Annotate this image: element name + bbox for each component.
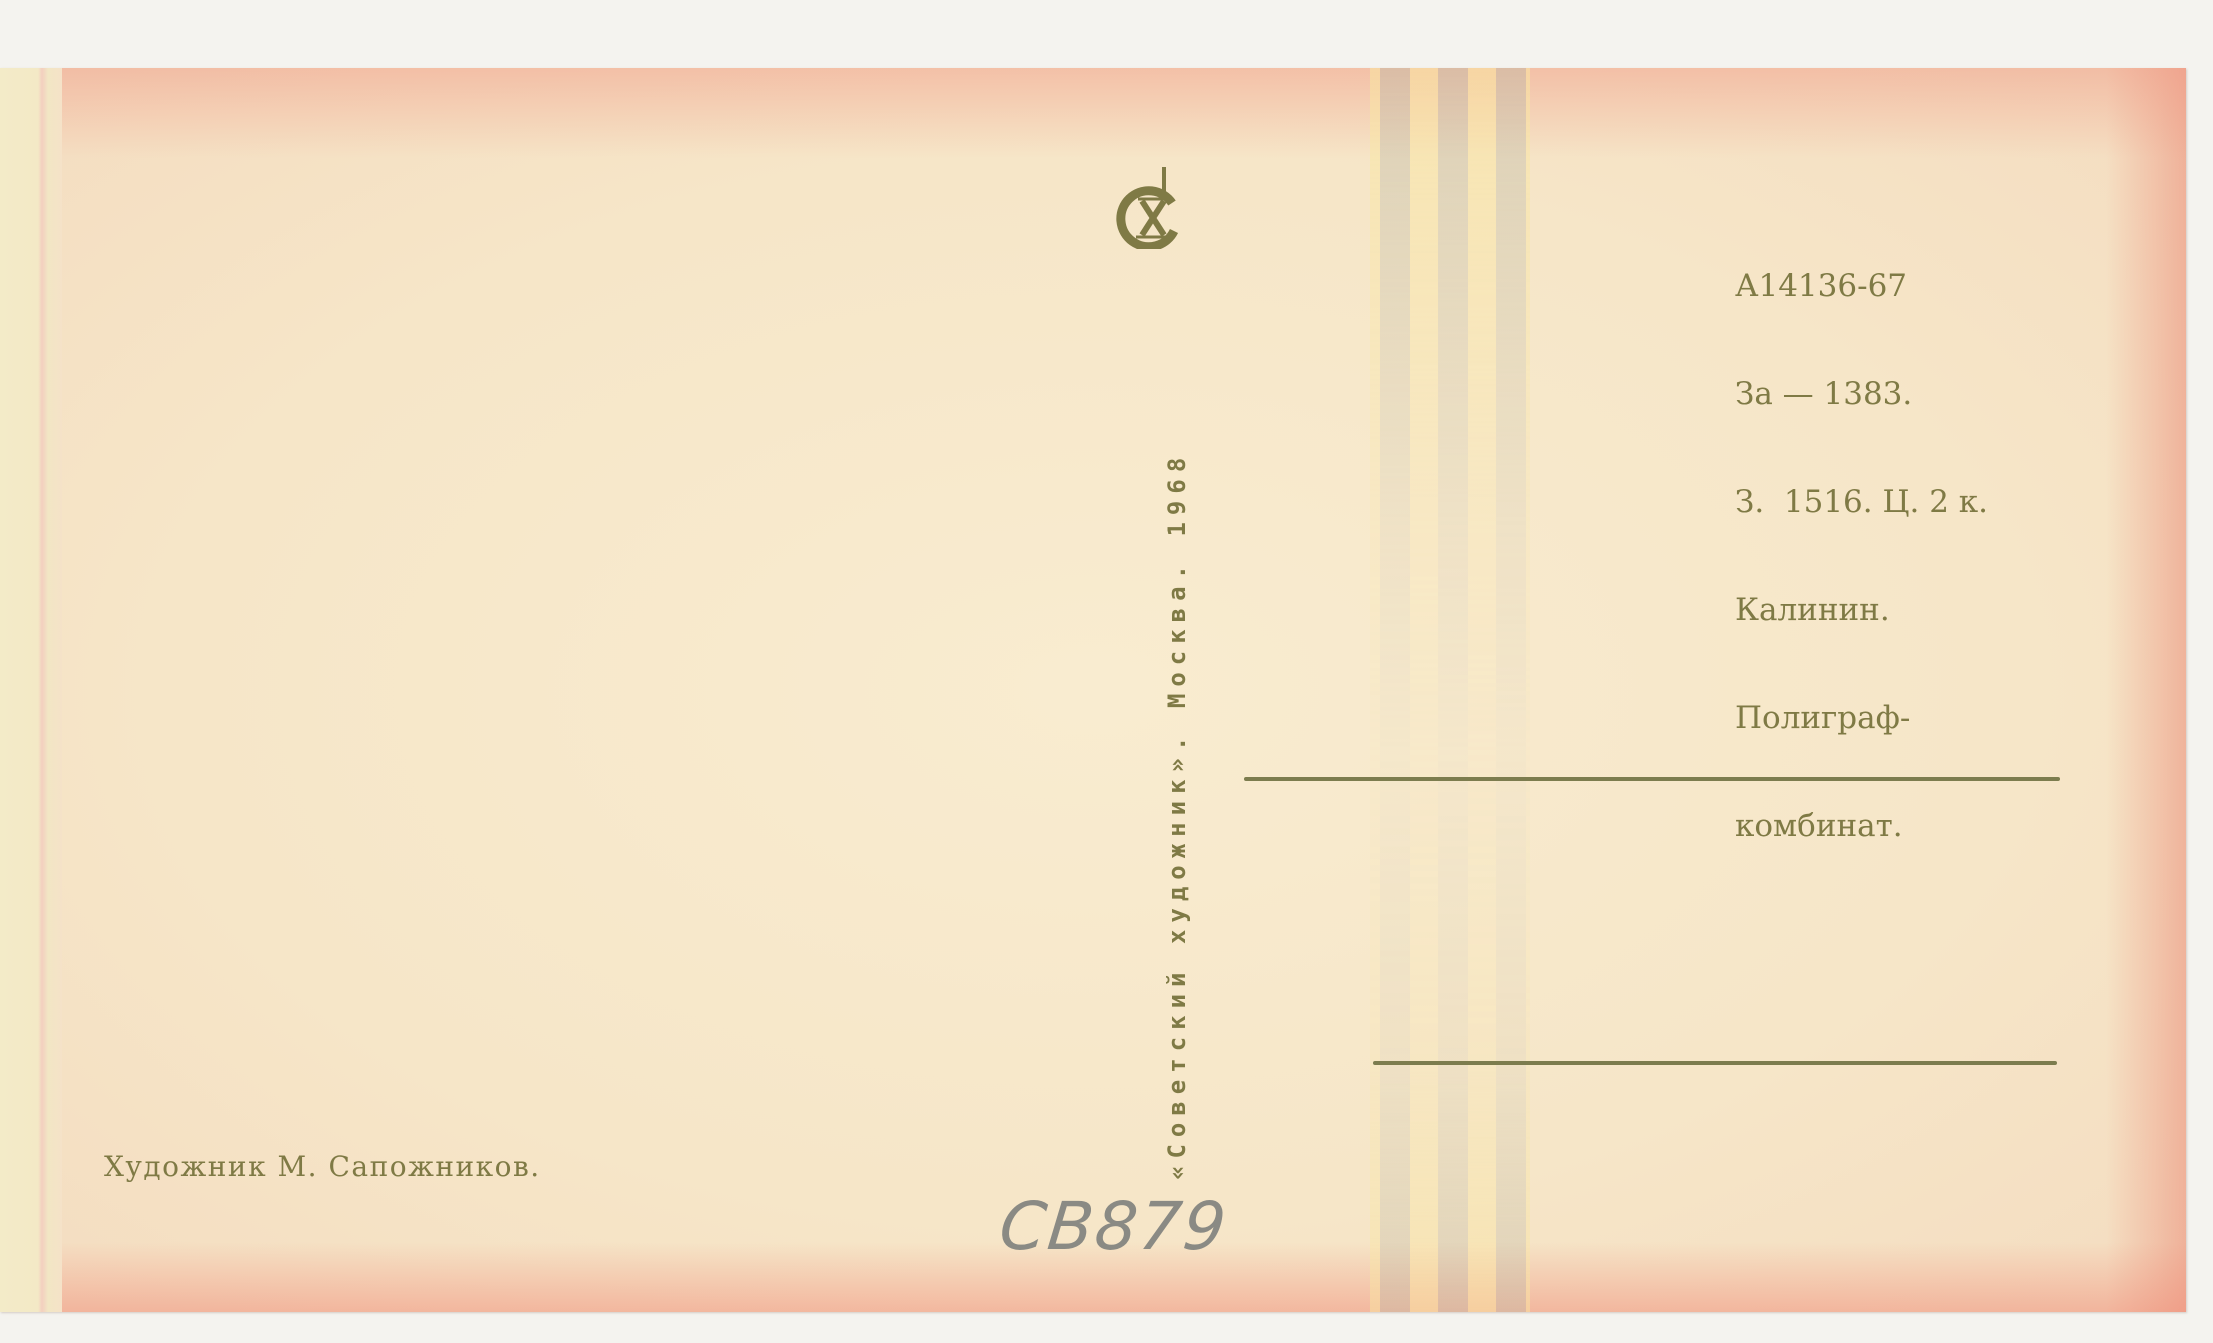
publisher-logo-icon bbox=[1112, 165, 1192, 249]
address-line-2 bbox=[1373, 1061, 2057, 1065]
artist-credit: Художник М. Сапожников. bbox=[104, 1150, 541, 1183]
imprint-line: комбинат. bbox=[1735, 808, 1988, 844]
imprint-line: За — 1383. bbox=[1735, 376, 1988, 412]
imprint-line: Калинин. bbox=[1735, 592, 1988, 628]
imprint-line: Полиграф- bbox=[1735, 700, 1988, 736]
address-line-1 bbox=[1244, 777, 2060, 781]
left-edge-strip bbox=[0, 68, 62, 1312]
imprint-line: З. 1516. Ц. 2 к. bbox=[1735, 484, 1988, 520]
imprint-line: А14136-67 bbox=[1735, 268, 1988, 304]
publisher-line: «Советский художник». Москва. 1968 bbox=[1163, 451, 1191, 1180]
color-registration-stripes bbox=[1370, 68, 1530, 1312]
handwritten-note: СВ879 bbox=[996, 1188, 1231, 1265]
